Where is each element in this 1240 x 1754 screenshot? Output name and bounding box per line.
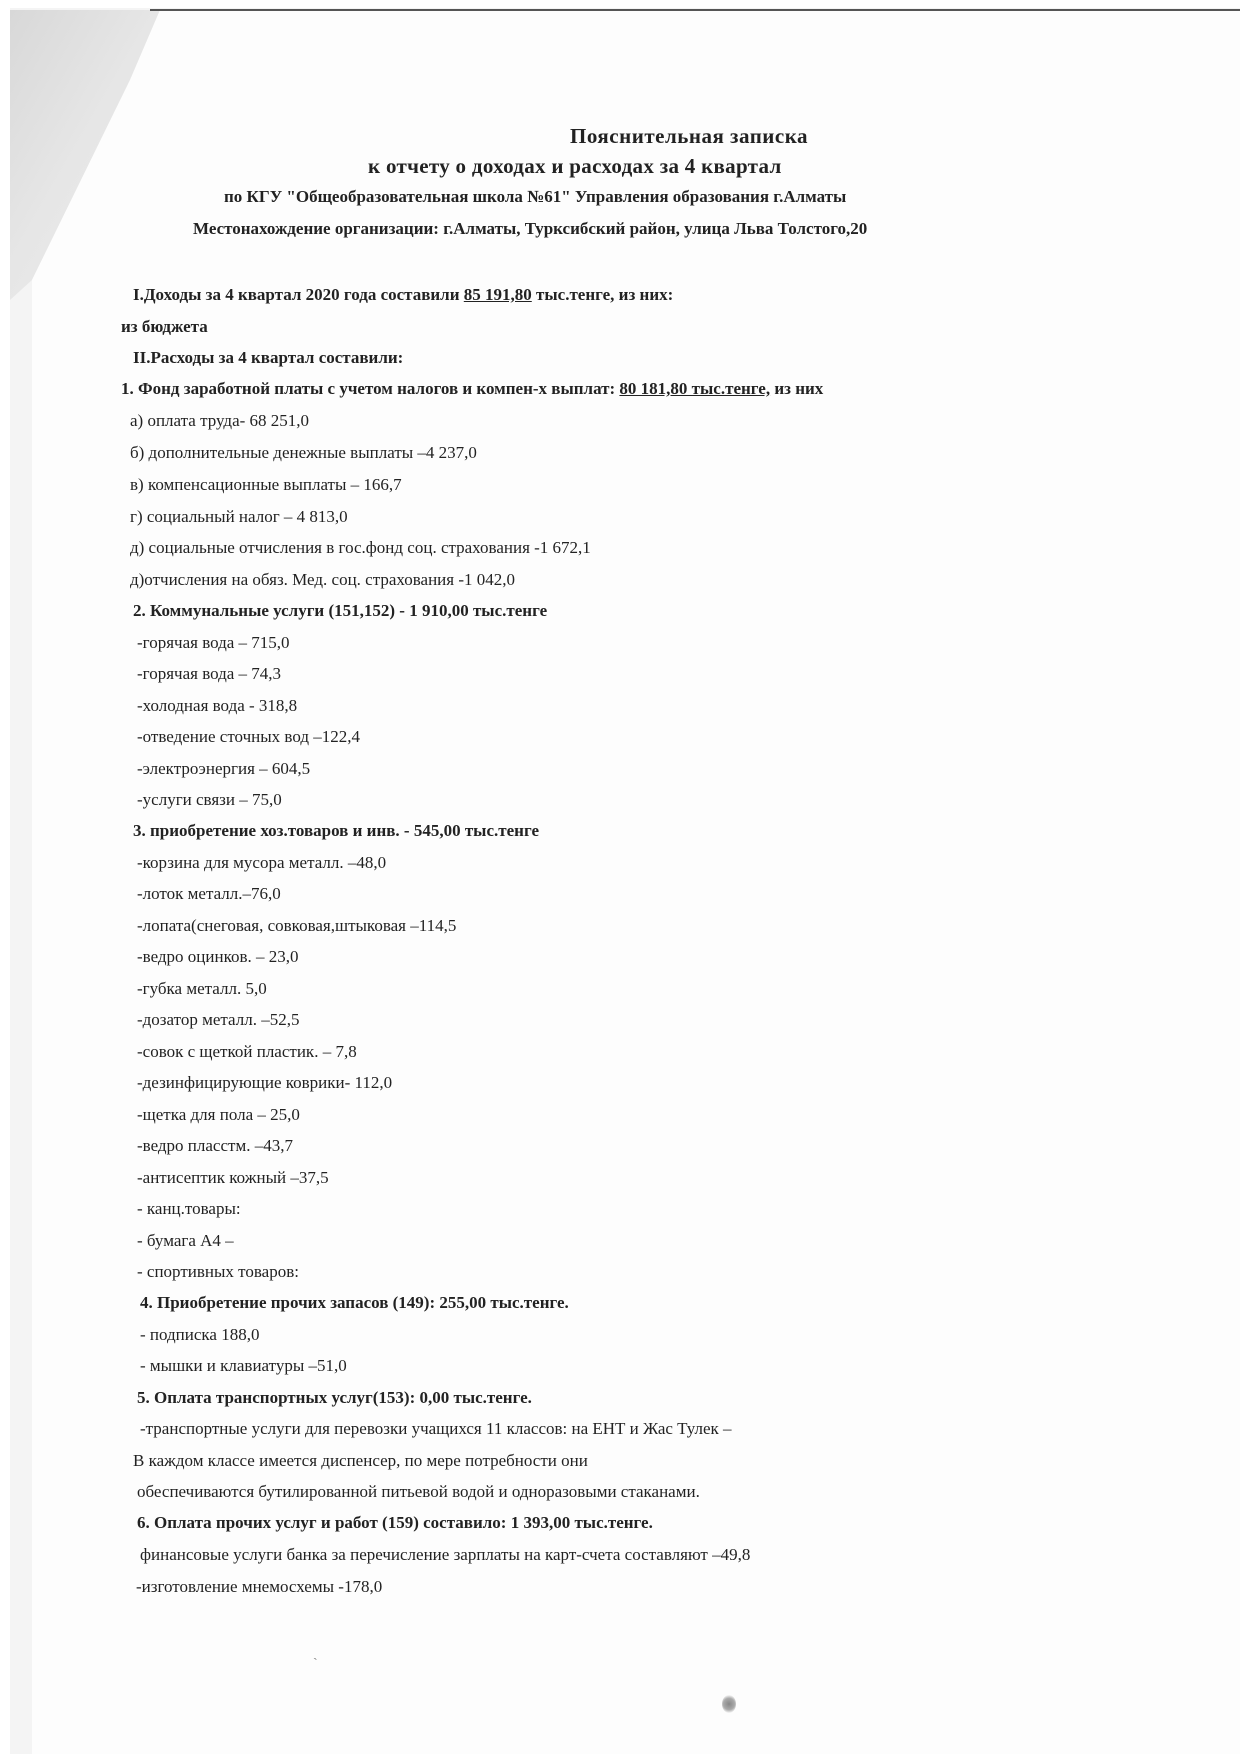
list-item: -губка металл. 5,0: [137, 979, 267, 999]
list-item: -совок с щеткой пластик. – 7,8: [137, 1042, 357, 1062]
list-item: -корзина для мусора металл. –48,0: [137, 853, 386, 873]
scan-smudge: [722, 1695, 736, 1713]
section-3-title: 3. приобретение хоз.товаров и инв. - 545…: [133, 821, 539, 841]
list-item: -ведро оцинков. – 23,0: [137, 947, 299, 967]
list-item: В каждом классе имеется диспенсер, по ме…: [133, 1451, 588, 1471]
list-item: -холодная вода - 318,8: [137, 696, 297, 716]
list-item: б) дополнительные денежные выплаты –4 23…: [130, 443, 477, 463]
list-item: г) социальный налог – 4 813,0: [130, 507, 348, 527]
document: Пояснительная записка к отчету о доходах…: [0, 0, 1240, 1754]
organization-name: по КГУ "Общеобразовательная школа №61" У…: [224, 187, 846, 207]
list-item: -электроэнергия – 604,5: [137, 759, 310, 779]
list-item: -дозатор металл. –52,5: [137, 1010, 299, 1030]
expenses-heading: II.Расходы за 4 квартал составили:: [133, 348, 403, 368]
list-item: - бумага А4 –: [137, 1231, 234, 1251]
section-5-title: 5. Оплата транспортных услуг(153): 0,00 …: [137, 1388, 532, 1408]
income-amount: 85 191,80: [464, 285, 532, 304]
section-1-amount: 80 181,80 тыс.тенге,: [619, 379, 770, 398]
list-item: -дезинфицирующие коврики- 112,0: [137, 1073, 392, 1093]
list-item: -щетка для пола – 25,0: [137, 1105, 300, 1125]
list-item: -услуги связи – 75,0: [137, 790, 282, 810]
section-4-title: 4. Приобретение прочих запасов (149): 25…: [140, 1293, 569, 1313]
list-item: д)отчисления на обяз. Мед. соц. страхова…: [130, 570, 515, 590]
document-subtitle: к отчету о доходах и расходах за 4 кварт…: [368, 154, 782, 179]
list-item: - подписка 188,0: [140, 1325, 259, 1345]
list-item: д) социальные отчисления в гос.фонд соц.…: [130, 538, 591, 558]
list-item: - спортивных товаров:: [137, 1262, 299, 1282]
list-item: -изготовление мнемосхемы -178,0: [136, 1577, 382, 1597]
section-6-title: 6. Оплата прочих услуг и работ (159) сос…: [137, 1513, 653, 1533]
income-source: из бюджета: [121, 317, 208, 337]
document-title: Пояснительная записка: [570, 124, 808, 149]
list-item: -горячая вода – 715,0: [137, 633, 290, 653]
section-2-title: 2. Коммунальные услуги (151,152) - 1 910…: [133, 601, 547, 621]
list-item: -транспортные услуги для перевозки учащи…: [140, 1419, 732, 1439]
list-item: финансовые услуги банка за перечисление …: [140, 1545, 750, 1565]
list-item: -ведро пласстм. –43,7: [137, 1136, 293, 1156]
list-item: -горячая вода – 74,3: [137, 664, 281, 684]
list-item: - мышки и клавиатуры –51,0: [140, 1356, 347, 1376]
list-item: а) оплата труда- 68 251,0: [130, 411, 309, 431]
organization-location: Местонахождение организации: г.Алматы, Т…: [193, 219, 867, 239]
income-suffix: тыс.тенге, из них:: [532, 285, 674, 304]
list-item: обеспечиваются бутилированной питьевой в…: [137, 1482, 700, 1502]
list-item: -лопата(снеговая, совковая,штыковая –114…: [137, 916, 456, 936]
list-item: в) компенсационные выплаты – 166,7: [130, 475, 402, 495]
list-item: -отведение сточных вод –122,4: [137, 727, 360, 747]
list-item: -лоток металл.–76,0: [137, 884, 281, 904]
scan-speck: ˏ: [313, 1646, 318, 1662]
section-1-title: 1. Фонд заработной платы с учетом налого…: [121, 379, 823, 399]
list-item: -антисептик кожный –37,5: [137, 1168, 329, 1188]
list-item: - канц.товары:: [137, 1199, 241, 1219]
income-prefix: I.Доходы за 4 квартал 2020 года составил…: [133, 285, 464, 304]
income-summary: I.Доходы за 4 квартал 2020 года составил…: [133, 285, 673, 305]
